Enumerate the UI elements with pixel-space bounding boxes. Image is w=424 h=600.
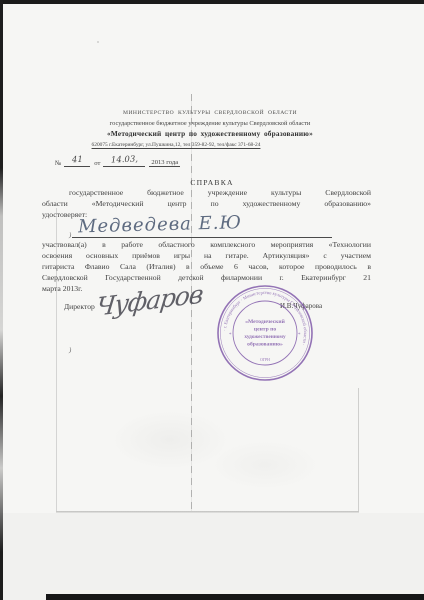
ministry-line: МИНИСТЕРСТВО КУЛЬТУРЫ СВЕРДЛОВСКОЙ ОБЛАС… (40, 110, 380, 116)
event-description-paragraph: участвовал(а) в работе областного компле… (42, 240, 371, 295)
handwritten-date: 14.03, (111, 155, 138, 166)
scan-edge-top (0, 0, 424, 4)
text-line: освоения основных приёмов игры на гитаре… (42, 251, 371, 262)
scanned-document-page: ) ) МИНИСТЕРСТВО КУЛЬТУРЫ СВЕРДЛОВСКОЙ О… (0, 0, 424, 600)
stamp-center-line-2: центр по (254, 327, 276, 333)
year-label: 2013 года (149, 159, 180, 167)
stamp-outer-circle-2 (220, 288, 309, 377)
sheet-bottom-edge (56, 511, 359, 513)
number-label: № (55, 160, 61, 167)
scan-artifact-mark: ) (68, 346, 72, 354)
scan-smudge (210, 440, 320, 490)
org-type-line: государственное бюджетное учреждение кул… (40, 120, 380, 127)
text-line: области «Методический центр по художеств… (42, 199, 371, 210)
stamp-center-line-3: художественному (244, 334, 286, 340)
director-label: Директор (64, 302, 95, 311)
org-name-line: «Методический центр по художественному о… (40, 129, 380, 138)
stamp-inner-circle (233, 301, 297, 365)
doc-number-row: №41от14.03,2013 года (55, 156, 180, 167)
number-fill-field: 41 (64, 156, 90, 167)
text-line: государственное бюджетное учреждение кул… (42, 188, 371, 199)
stamp-center-line-4: образованию» (247, 341, 283, 348)
address-line: 620075 г.Екатеринбург, ул.Пушкина,12, те… (40, 142, 312, 148)
text-line: Свердловской Государственной детской фил… (42, 273, 371, 284)
scan-speck (97, 41, 99, 43)
date-fill-field: 14.03, (103, 156, 145, 167)
stamp-center-line-1: «Методический (245, 318, 285, 325)
text-line: гитариста Флавио Сала (Италия) в объеме … (42, 262, 371, 273)
handwritten-doc-number: 41 (72, 155, 83, 165)
stamp-ogrn-text: ОГРН (260, 358, 270, 362)
round-stamp: · г. Екатеринбург · Министерство культур… (215, 283, 315, 383)
stamp-star-icon: * (298, 333, 301, 338)
scan-edge-bottom (46, 594, 424, 600)
text-line: участвовал(а) в работе областного компле… (42, 240, 371, 251)
text-line: марта 2013г. (42, 284, 371, 295)
sheet-right-edge (358, 388, 359, 512)
scanner-background (0, 513, 424, 600)
document-title: СПРАВКА (40, 178, 384, 187)
ot-label: от (94, 160, 100, 167)
stamp-star-icon: * (229, 333, 232, 338)
recipient-underline (72, 237, 332, 238)
scan-edge-left (0, 0, 3, 600)
